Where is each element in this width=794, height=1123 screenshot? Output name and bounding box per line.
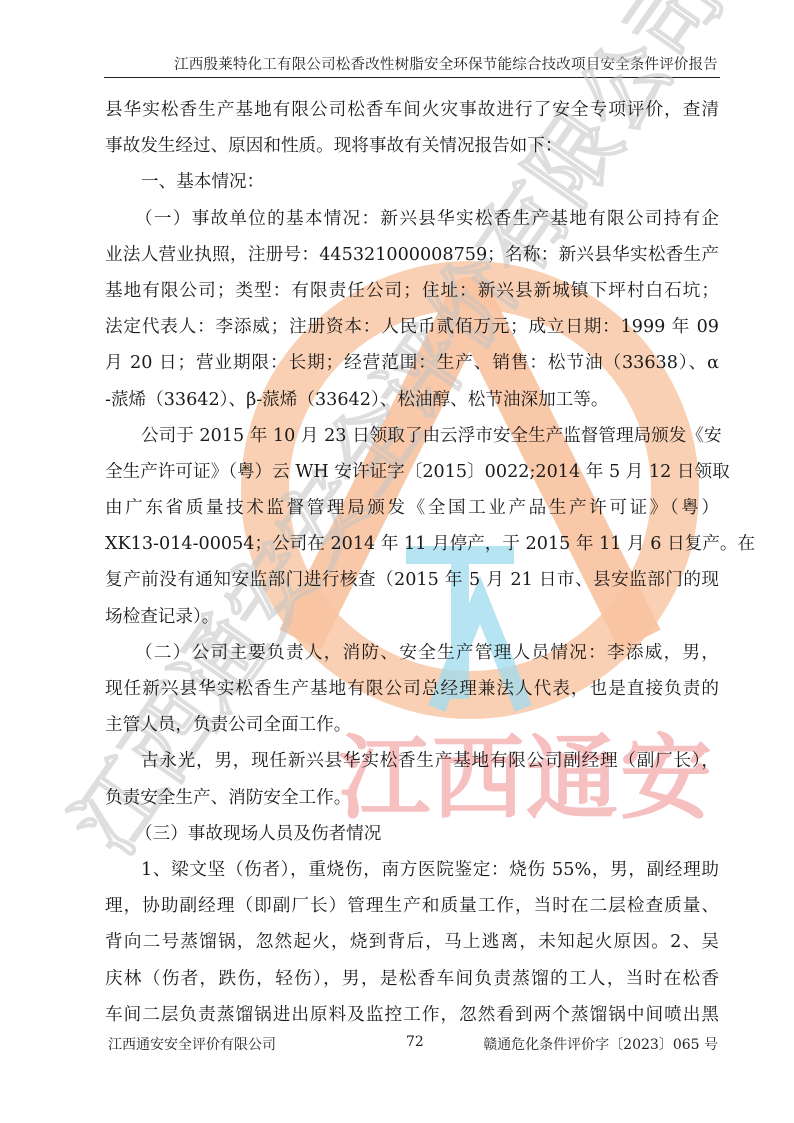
paragraph-line: 县华实松香生产基地有限公司松香车间火灾事故进行了安全专项评价，查清 [105, 92, 719, 128]
page-number: 72 [406, 1034, 424, 1050]
paragraph-line: 庆林（伤者，跌伤，轻伤），男，是松香车间负责蒸馏的工人，当时在松香 [105, 961, 719, 997]
section-heading: 一、基本情况： [105, 164, 719, 200]
document-page: 江西通安安全评价有限公司 江西通安 江西殷莱特化工有限公司松香改性树脂安全环保节… [0, 0, 794, 1123]
paragraph-line: 背向二号蒸馏锅，忽然起火，烧到背后，马上逃离，未知起火原因。2、吴 [105, 924, 719, 960]
paragraph-line: 主管人员，负责公司全面工作。 [105, 707, 719, 743]
paragraph-line: 月 20 日；营业期限：长期；经营范围：生产、销售：松节油（33638）、α [105, 345, 719, 381]
paragraph-line: 事故发生经过、原因和性质。现将事故有关情况报告如下： [105, 128, 719, 164]
paragraph-line: 古永光，男，现任新兴县华实松香生产基地有限公司副经理（副厂长）， [105, 743, 719, 779]
paragraph-line: （一）事故单位的基本情况：新兴县华实松香生产基地有限公司持有企 [105, 201, 719, 237]
paragraph-line: 公司于 2015 年 10 月 23 日领取了由云浮市安全生产监督管理局颁发《安 [105, 418, 719, 454]
header-divider [104, 77, 720, 78]
footer-doc-number: 赣通危化条件评价字〔2023〕065 号 [483, 1034, 718, 1054]
paragraph-line: 负责安全生产、消防安全工作。 [105, 780, 719, 816]
paragraph-line: 法定代表人：李添威；注册资本：人民币贰佰万元；成立日期：1999 年 09 [105, 309, 719, 345]
document-body: 县华实松香生产基地有限公司松香车间火灾事故进行了安全专项评价，查清 事故发生经过… [105, 92, 719, 1033]
paragraph-line: XK13-014-00054；公司在 2014 年 11 月停产，于 2015 … [105, 526, 719, 562]
paragraph-line: 复产前没有通知安监部门进行核查（2015 年 5 月 21 日市、县安监部门的现 [105, 562, 719, 598]
paragraph-line: 业法人营业执照，注册号：445321000008759；名称：新兴县华实松香生产 [105, 237, 719, 273]
running-header-title: 江西殷莱特化工有限公司松香改性树脂安全环保节能综合技改项目安全条件评价报告 [106, 53, 718, 74]
paragraph-line: 全生产许可证》（粤）云 WH 安许证字〔2015〕0022;2014 年 5 月… [105, 454, 719, 490]
paragraph-line: 理，协助副经理（即副厂长）管理生产和质量工作，当时在二层检查质量、 [105, 888, 719, 924]
paragraph-line: 车间二层负责蒸馏锅进出原料及监控工作，忽然看到两个蒸馏锅中间喷出黑 [105, 997, 719, 1033]
paragraph-line: 场检查记录）。 [105, 599, 719, 635]
section-heading: （三）事故现场人员及伤者情况 [105, 816, 719, 852]
paragraph-line: 1、梁文坚（伤者），重烧伤，南方医院鉴定：烧伤 55%，男，副经理助 [105, 852, 719, 888]
paragraph-line: （二）公司主要负责人，消防、安全生产管理人员情况：李添威，男， [105, 635, 719, 671]
footer-company: 江西通安安全评价有限公司 [108, 1034, 276, 1054]
paragraph-line: 基地有限公司；类型：有限责任公司；住址：新兴县新城镇下坪村白石坑； [105, 273, 719, 309]
paragraph-line: 由广东省质量技术监督管理局颁发《全国工业产品生产许可证》（粤） [105, 490, 719, 526]
paragraph-line: -蒎烯（33642）、β-蒎烯（33642）、松油醇、松节油深加工等。 [105, 382, 719, 418]
paragraph-line: 现任新兴县华实松香生产基地有限公司总经理兼法人代表，也是直接负责的 [105, 671, 719, 707]
